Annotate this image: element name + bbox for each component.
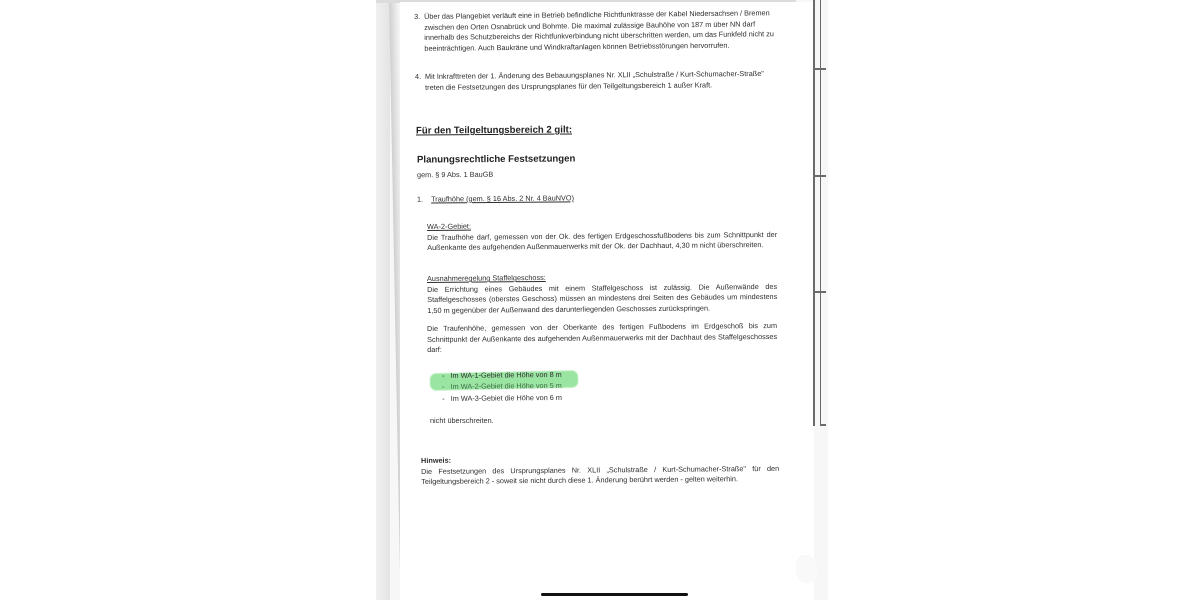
dash: - <box>442 370 445 381</box>
note-text: Die Festsetzungen des Ursprungsplanes Nr… <box>421 463 779 487</box>
page-edge-shadow <box>376 0 390 600</box>
closing-text: nicht überschreiten. <box>430 416 494 427</box>
subsection-title: Planungsrechtliche Festsetzungen <box>417 154 575 166</box>
note-paragraph: Hinweis: Die Festsetzungen des Ursprungs… <box>421 453 779 488</box>
traufenhoehe-paragraph: Die Traufenhöhe, gemessen von der Oberka… <box>427 321 777 356</box>
wa2-paragraph: WA-2-Gebiet: Die Traufhöhe darf, gemesse… <box>427 219 777 254</box>
list-item-highlighted: - Im WA-2-Gebiet die Höhe von 5 m <box>442 380 562 393</box>
section-title: Für den Teilgeltungsbereich 2 gilt: <box>416 125 572 137</box>
item-text: Mit Inkrafttreten der 1. Änderung des Be… <box>425 69 775 93</box>
list-item: - Im WA-1-Gebiet die Höhe von 8 m <box>442 369 562 382</box>
paragraph-text: Die Errichtung eines Gebäudes mit einem … <box>427 281 777 316</box>
item-number: 4. <box>415 72 421 93</box>
plan-frame-line <box>813 0 815 426</box>
dash: - <box>442 393 445 404</box>
point-1-heading: 1.Traufhöhe (gem. § 16 Abs. 2 Nr. 4 BauN… <box>417 193 574 205</box>
ausnahme-paragraph: Ausnahmeregelung Staffelgeschoss: Die Er… <box>427 271 777 316</box>
item-number: 3. <box>414 12 420 54</box>
dash: - <box>442 382 445 393</box>
bullet-text: Im WA-1-Gebiet die Höhe von 8 m <box>450 369 561 380</box>
point-number: 1. <box>417 195 423 204</box>
adjacent-page-strip <box>820 0 829 426</box>
page-smudge <box>796 555 818 583</box>
paragraph-text: Die Traufenhöhe, gemessen von der Oberka… <box>427 321 777 356</box>
home-indicator-bar[interactable] <box>541 593 688 596</box>
height-list: - Im WA-1-Gebiet die Höhe von 8 m - Im W… <box>442 369 562 405</box>
frame-tick <box>815 68 826 70</box>
item-text: Über das Plangebiet verläuft eine in Bet… <box>424 8 782 54</box>
point-title: Traufhöhe (gem. § 16 Abs. 2 Nr. 4 BauNVO… <box>431 193 574 203</box>
legal-basis: gem. § 9 Abs. 1 BauGB <box>417 170 493 181</box>
list-item-3: 3. Über das Plangebiet verläuft eine in … <box>414 8 782 54</box>
list-item-4: 4. Mit Inkrafttreten der 1. Änderung des… <box>415 69 775 93</box>
frame-tick <box>815 175 826 177</box>
frame-corner <box>820 424 826 426</box>
frame-tick <box>815 291 826 293</box>
paragraph-text: Die Traufhöhe darf, gemessen von der Ok.… <box>427 229 777 253</box>
list-item: - Im WA-3-Gebiet die Höhe von 6 m <box>442 392 562 405</box>
bullet-text: Im WA-2-Gebiet die Höhe von 5 m <box>451 381 562 392</box>
bullet-text: Im WA-3-Gebiet die Höhe von 6 m <box>451 392 562 403</box>
